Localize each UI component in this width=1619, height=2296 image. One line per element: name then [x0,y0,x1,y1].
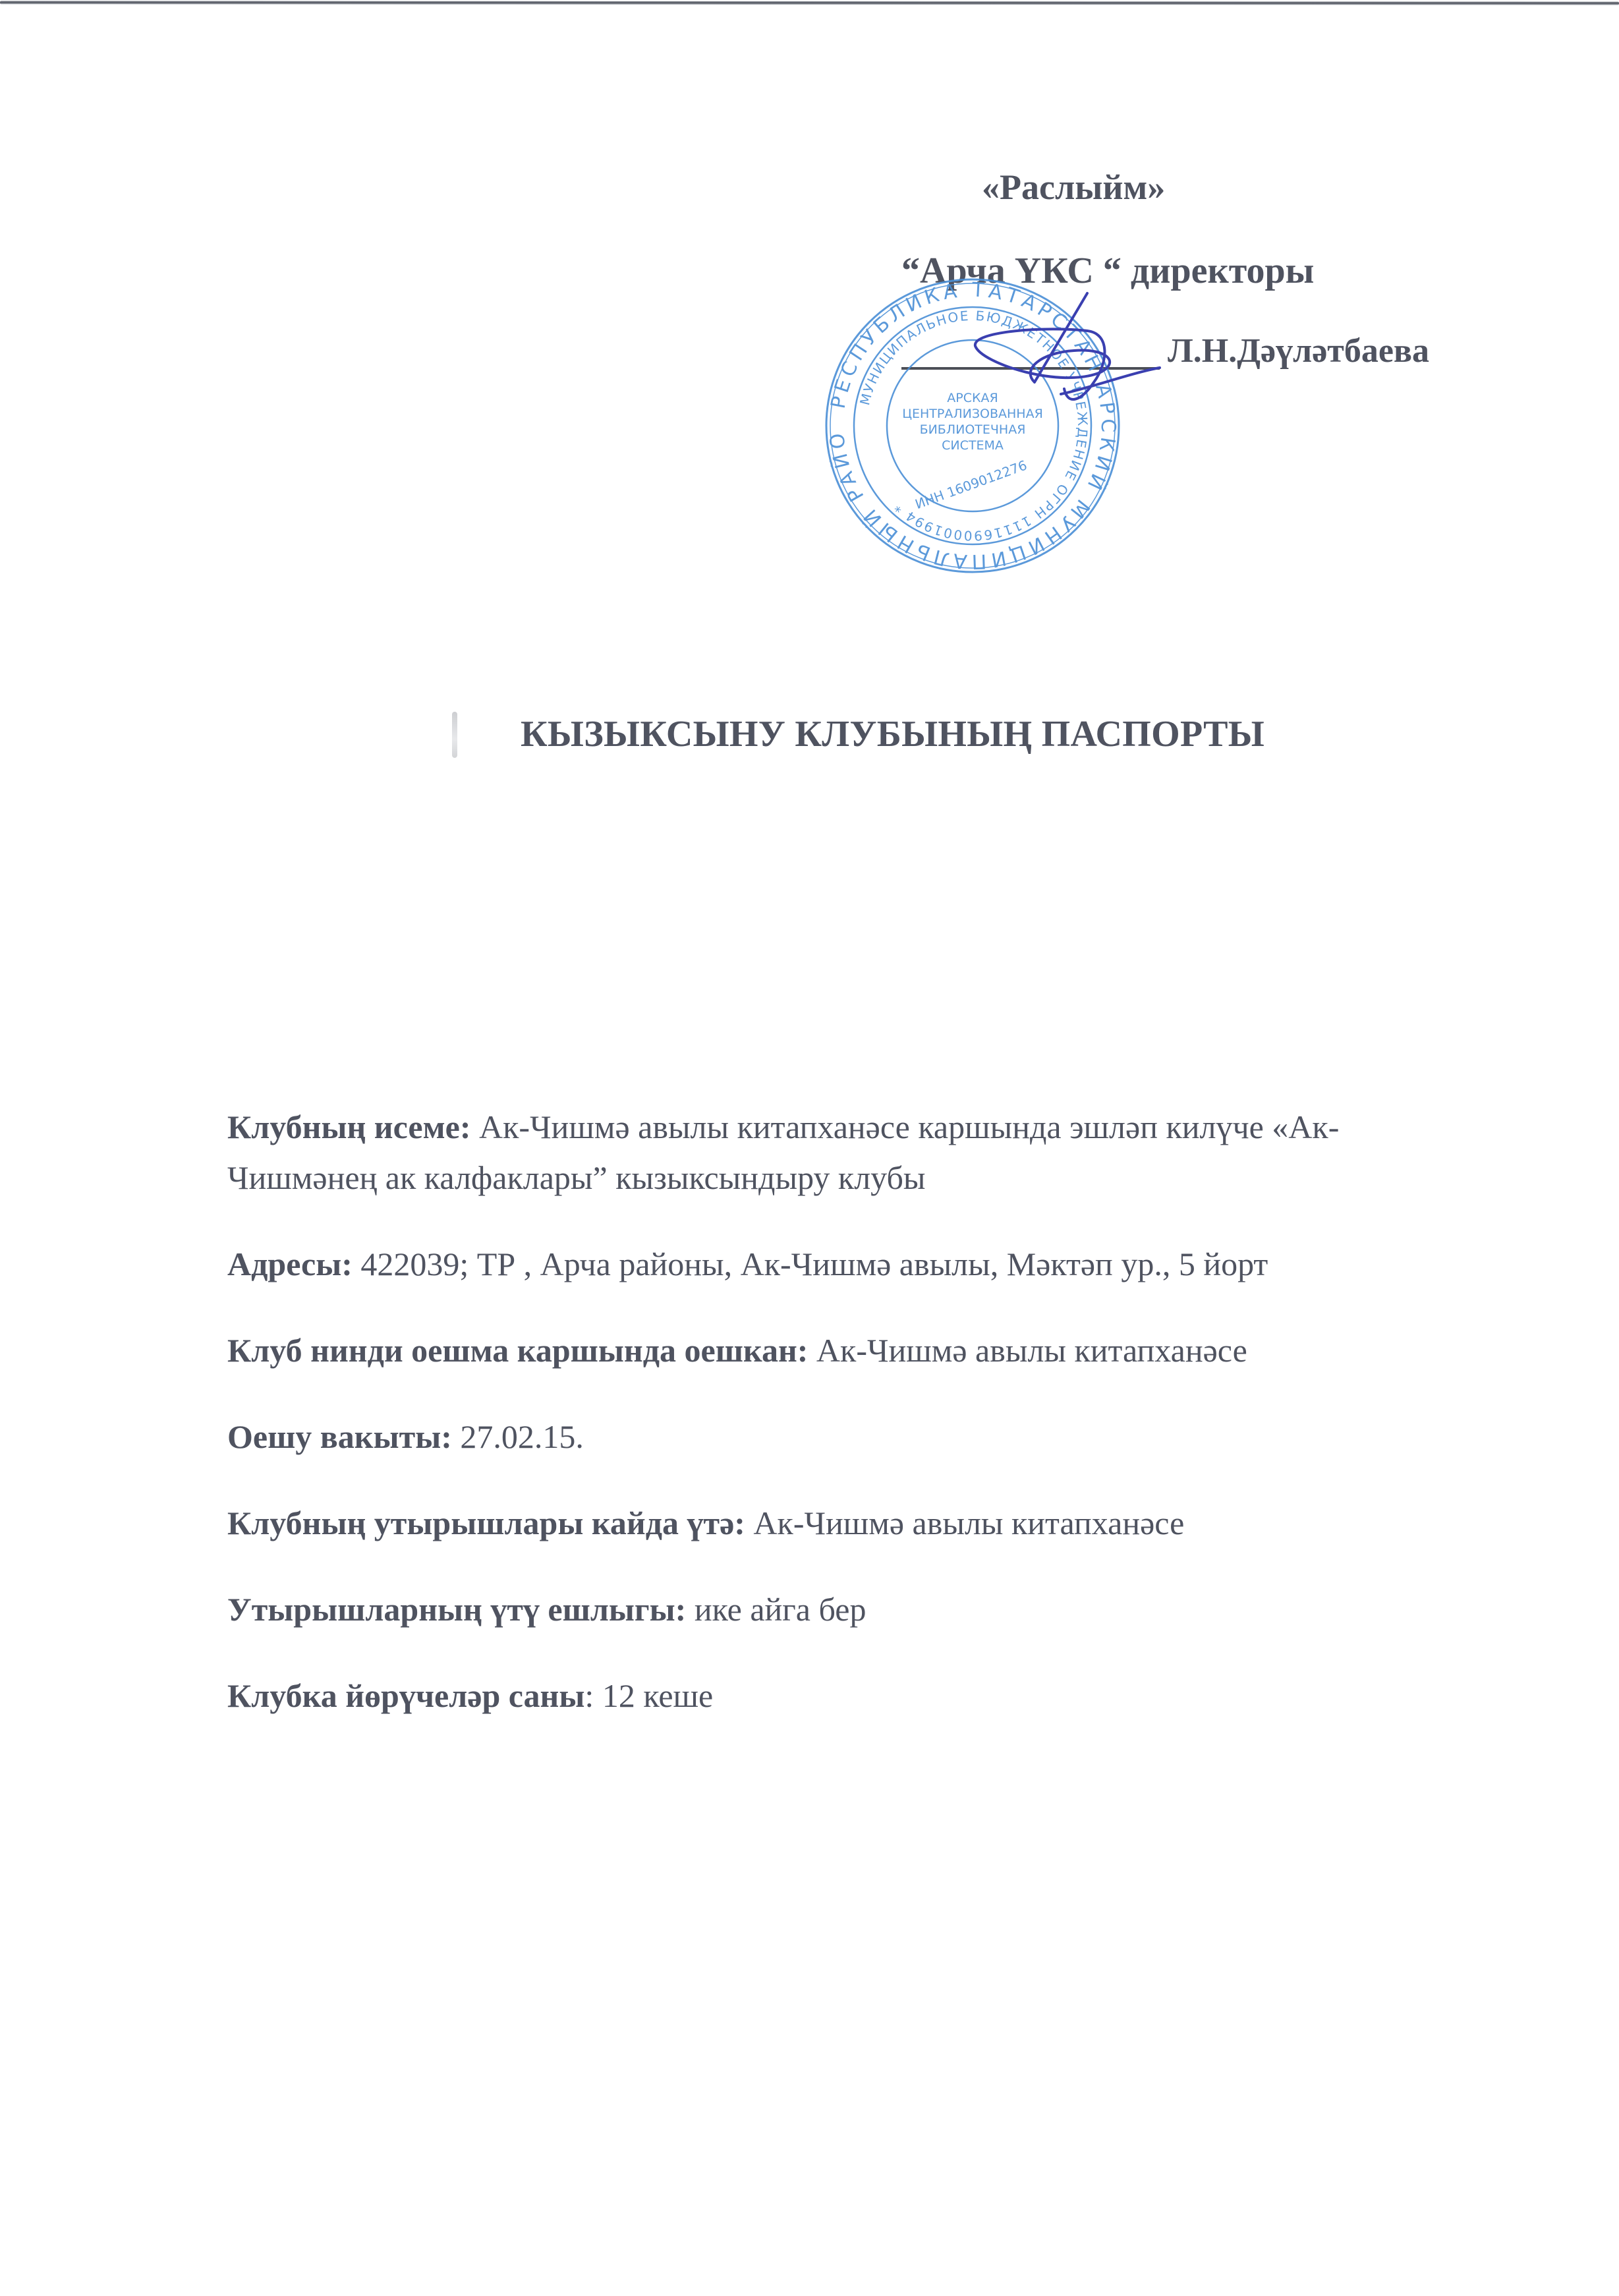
field-value: Ак-Чишмә авылы китапханәсе [745,1505,1184,1541]
field-value: ике айга бер [686,1591,866,1628]
approver-name: Л.Н.Дәүләтбаева [1168,331,1429,371]
handwritten-signature-icon [936,290,1186,409]
field-meeting-place: Клубның утырышлары кайда үтә: Ак-Чишмә а… [227,1498,1479,1549]
scan-edge-line [0,1,1619,5]
scan-smudge [452,712,457,758]
field-label: Клубның исеме: [227,1108,471,1145]
field-label: Клуб нинди оешма каршында оешкан: [227,1332,808,1369]
field-label: Адресы: [227,1246,353,1282]
svg-text:ИНН 1609012276: ИНН 1609012276 [913,457,1029,513]
field-value: 422039; ТР , Арча районы, Ак-Чишмә авылы… [353,1246,1268,1282]
approval-heading: «Раслыйм» [982,167,1165,207]
field-meeting-frequency: Утырышларның үтү ешлыгы: ике айга бер [227,1584,1479,1635]
field-club-name: Клубның исеме: Ак-Чишмә авылы китапханәс… [227,1102,1479,1203]
document-title: КЫЗЫКСЫНУ КЛУБЫНЫҢ ПАСПОРТЫ [521,713,1264,755]
field-founding-date: Оешу вакыты: 27.02.15. [227,1412,1479,1462]
field-member-count: Клубка йөрүчеләр саны: 12 кеше [227,1671,1479,1721]
field-value: Ак-Чишмә авылы китапханәсе [808,1332,1247,1369]
svg-text:БИБЛИОТЕЧНАЯ: БИБЛИОТЕЧНАЯ [920,422,1026,437]
passport-fields: Клубның исеме: Ак-Чишмә авылы китапханәс… [227,1102,1479,1757]
field-value: : 12 кеше [584,1677,713,1714]
field-label: Клубка йөрүчеләр саны [227,1677,584,1714]
field-address: Адресы: 422039; ТР , Арча районы, Ак-Чиш… [227,1239,1479,1290]
field-parent-organization: Клуб нинди оешма каршында оешкан: Ак-Чиш… [227,1325,1479,1376]
svg-text:СИСТЕМА: СИСТЕМА [942,438,1004,453]
field-label: Оешу вакыты: [227,1418,452,1455]
svg-text:ЦЕНТРАЛИЗОВАННАЯ: ЦЕНТРАЛИЗОВАННАЯ [902,407,1043,421]
field-value: 27.02.15. [452,1418,584,1455]
field-label: Утырышларның үтү ешлыгы: [227,1591,686,1628]
field-label: Клубның утырышлары кайда үтә: [227,1505,745,1541]
